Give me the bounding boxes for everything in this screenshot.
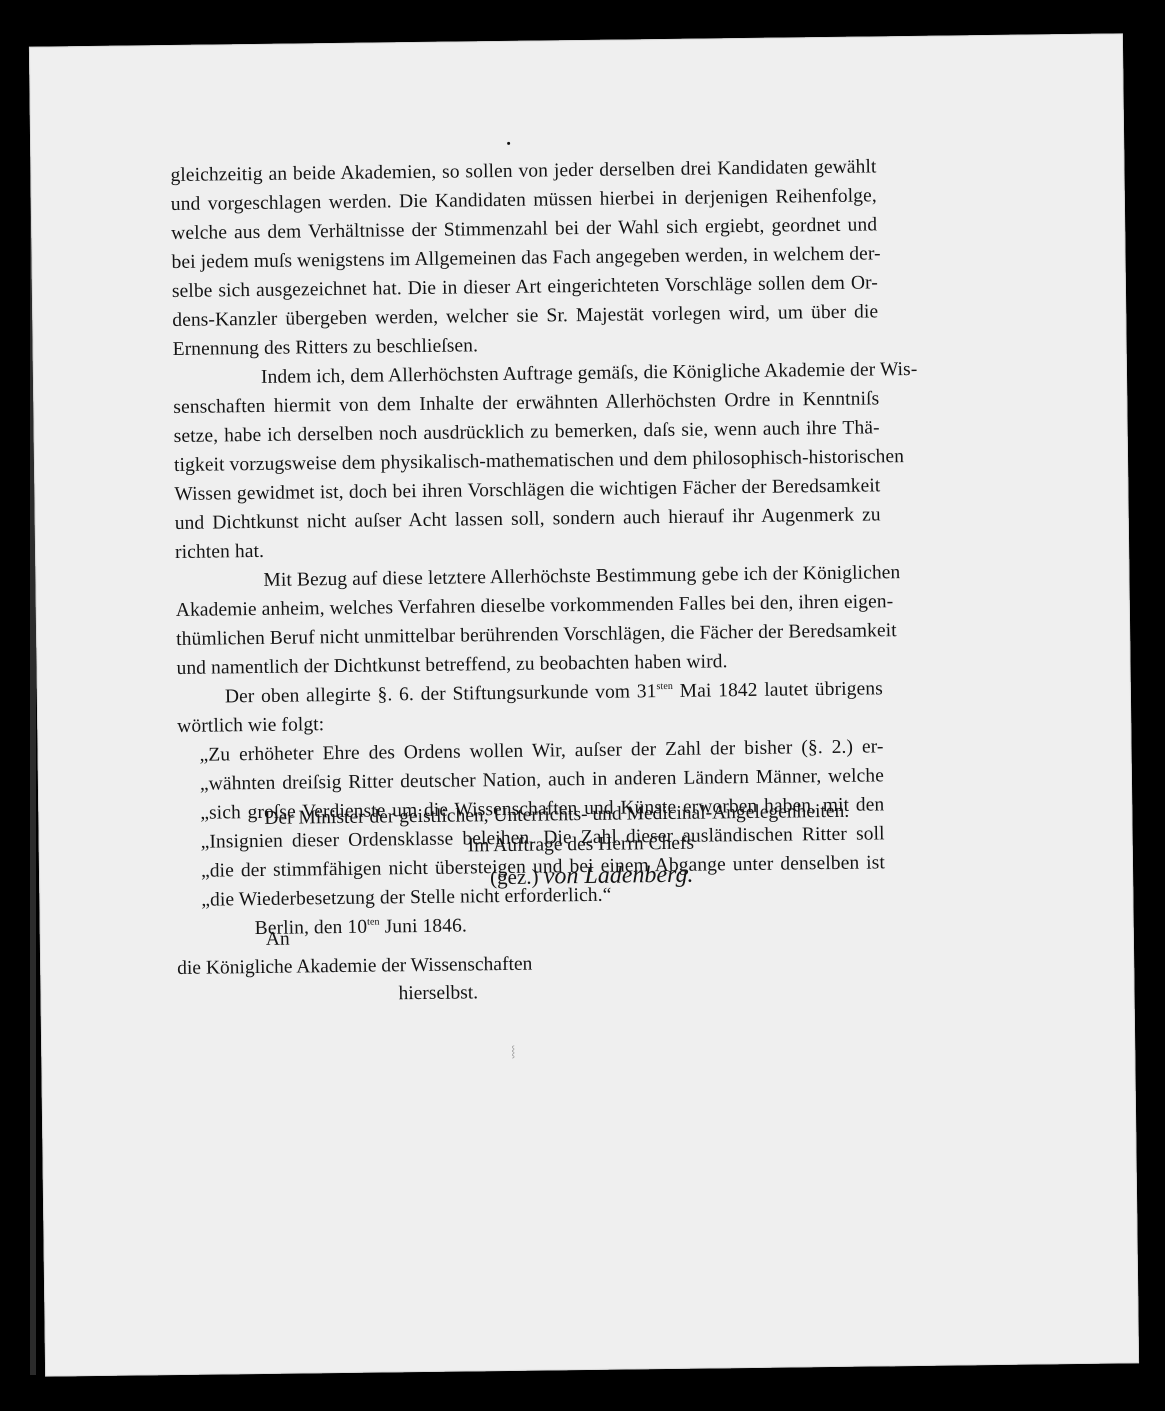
address-location: hierselbst. bbox=[398, 979, 478, 1008]
paragraph-2: Indem ich, dem Allerhöchsten Auftrage ge… bbox=[173, 355, 881, 567]
document-page: gleichzeitig an beide Akademien, so soll… bbox=[29, 33, 1139, 1376]
signatory-name: von Ladenberg. bbox=[544, 862, 694, 890]
page-mark bbox=[507, 142, 510, 145]
paragraph-4: Der oben allegirte §. 6. der Stiftungsur… bbox=[177, 674, 884, 741]
scan-artifact: ⸾ bbox=[511, 1044, 515, 1059]
paragraph-3: Mit Bezug auf diese letztere Allerhöchst… bbox=[175, 558, 882, 683]
on-behalf-line: Im Auftrage des Herrn Chefs bbox=[468, 829, 695, 861]
address-recipient: die Königliche Akademie der Wissenschaft… bbox=[177, 951, 532, 983]
address-an: An bbox=[266, 926, 290, 954]
signature: (gez.) von Ladenberg. bbox=[490, 861, 694, 892]
signed-abbrev: (gez.) bbox=[490, 865, 539, 890]
paragraph-1: gleichzeitig an beide Akademien, so soll… bbox=[170, 152, 878, 364]
